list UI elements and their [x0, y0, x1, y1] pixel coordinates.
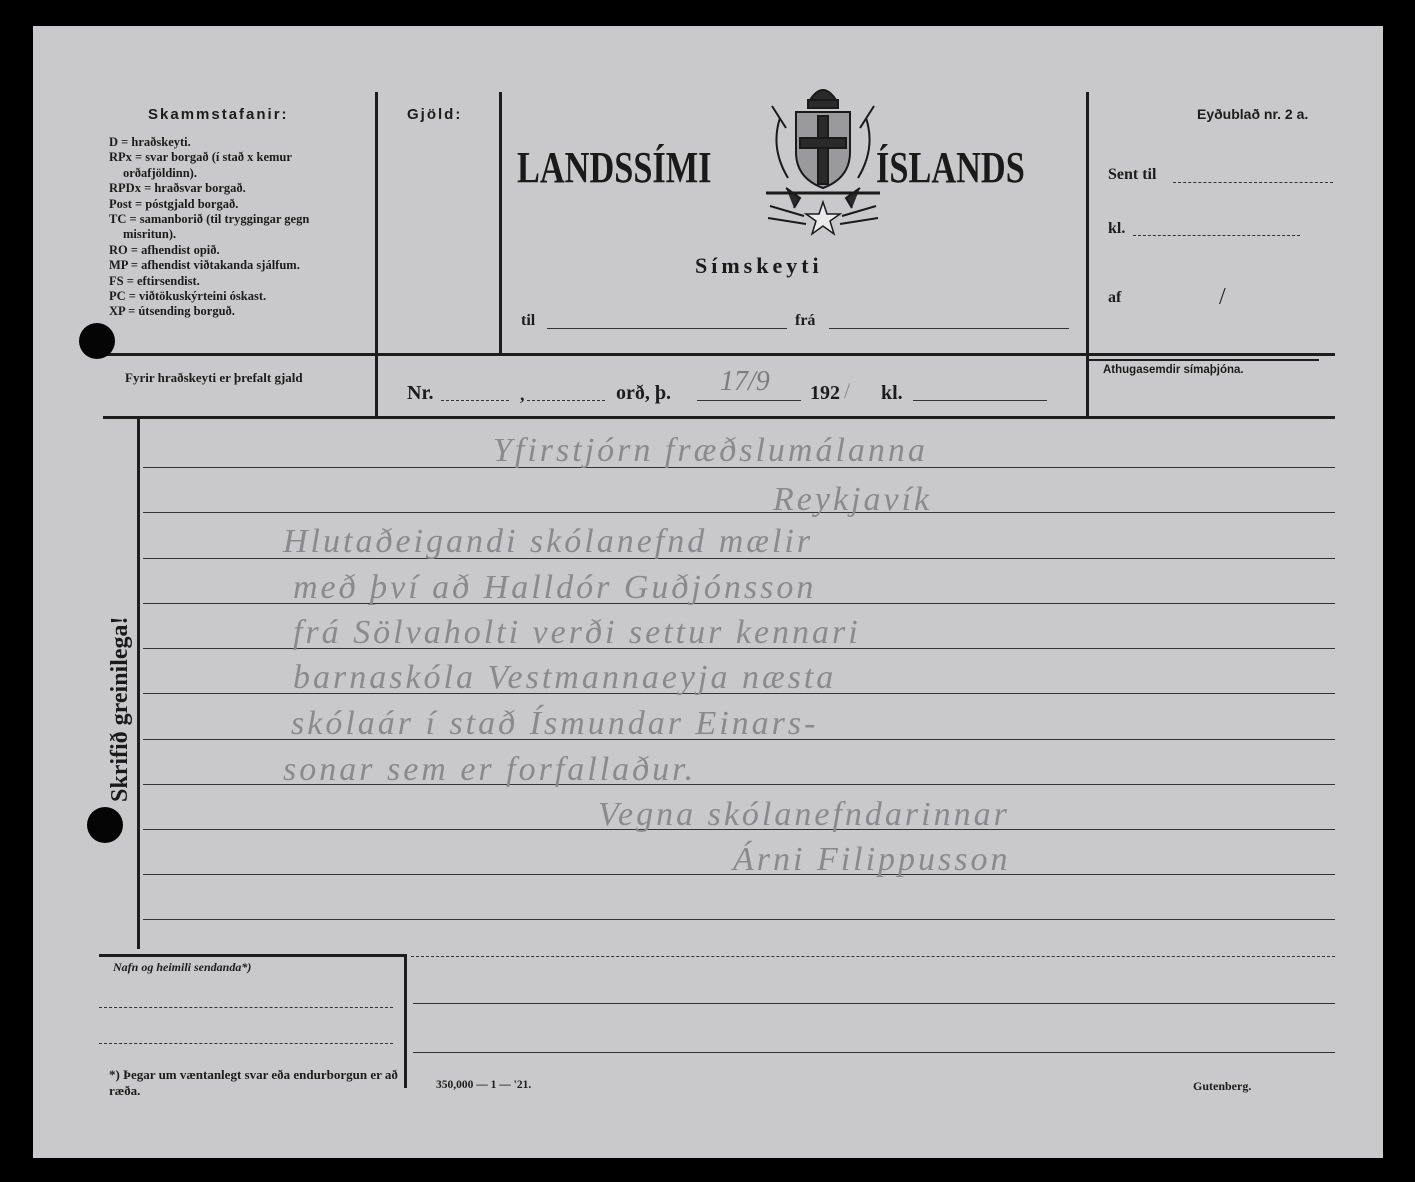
coat-of-arms-icon	[760, 78, 886, 238]
sent-to-field[interactable]	[1173, 182, 1333, 183]
from-field[interactable]	[829, 328, 1069, 329]
punch-hole	[87, 807, 123, 843]
sender-extra-line[interactable]	[413, 1052, 1335, 1053]
abbreviation-item: orðafjöldinn).	[109, 166, 379, 181]
message-line: Yfirstjórn fræðslumálanna	[493, 432, 928, 470]
abbreviations-list: D = hraðskeyti.RPx = svar borgað (í stað…	[109, 135, 379, 320]
divider	[137, 419, 140, 949]
telegram-form: Skammstafanir: D = hraðskeyti.RPx = svar…	[33, 26, 1383, 1158]
abbreviation-item: FS = eftirsendist.	[109, 274, 379, 289]
message-line: barnaskóla Vestmannaeyja næsta	[293, 659, 836, 697]
subtitle: Símskeyti	[695, 253, 823, 279]
separator	[103, 353, 1335, 356]
date-value: 17/9	[720, 366, 770, 398]
separator	[1086, 359, 1319, 361]
nr-field[interactable]	[441, 400, 509, 401]
message-line: Árni Filippusson	[733, 841, 1011, 879]
message-rule	[143, 512, 1335, 513]
by-value: /	[1219, 284, 1226, 311]
fees-label: Gjöld:	[407, 106, 462, 123]
message-line: Reykjavík	[773, 481, 932, 519]
abbreviation-item: D = hraðskeyti.	[109, 135, 379, 150]
time-label-header: kl.	[881, 382, 903, 405]
message-rule	[143, 919, 1335, 920]
punch-hole	[79, 323, 115, 359]
separator	[99, 954, 407, 957]
abbreviations-title: Skammstafanir:	[148, 106, 289, 123]
date-field[interactable]	[697, 400, 801, 401]
abbreviation-item: RO = afhendist opið.	[109, 243, 379, 258]
separator	[411, 956, 1335, 957]
write-clearly-label: Skrifið greinilega!	[107, 616, 134, 802]
abbreviation-item: PC = viðtökuskýrteini óskast.	[109, 289, 379, 304]
abbreviation-item: Post = póstgjald borgað.	[109, 197, 379, 212]
sender-extra-line[interactable]	[413, 1003, 1335, 1004]
comma: ,	[520, 384, 525, 405]
divider	[1086, 92, 1089, 416]
message-line: með því að Halldór Guðjónsson	[293, 569, 816, 607]
from-label: frá	[795, 312, 815, 330]
message-line: frá Sölvaholti verði settur kennari	[293, 614, 861, 652]
divider	[375, 356, 378, 416]
abbreviation-item: TC = samanborið (til tryggingar gegn	[109, 212, 379, 227]
abbreviation-item: XP = útsending borguð.	[109, 304, 379, 319]
message-line: sonar sem er forfallaður.	[283, 751, 696, 789]
by-label: af	[1108, 289, 1121, 307]
nr-label: Nr.	[407, 382, 433, 405]
sender-name-field[interactable]	[99, 1007, 393, 1008]
sender-label: Nafn og heimili sendanda*)	[113, 960, 251, 975]
to-label: til	[521, 312, 535, 330]
words-field[interactable]	[527, 400, 605, 401]
abbreviation-item: MP = afhendist viðtakanda sjálfum.	[109, 258, 379, 273]
print-info: 350,000 — 1 — '21.	[436, 1079, 531, 1091]
divider	[499, 92, 502, 354]
operator-notes-label: Athugasemdir símaþjóna.	[1103, 364, 1244, 376]
time-field[interactable]	[1133, 235, 1300, 236]
abbreviation-item: RPx = svar borgað (í stað x kemur	[109, 150, 379, 165]
divider	[404, 956, 407, 1088]
message-line: Hlutaðeigandi skólanefnd mælir	[283, 523, 813, 561]
year-suffix: /	[844, 378, 850, 404]
divider	[375, 92, 378, 354]
message-line: skólaár í stað Ísmundar Einars-	[291, 705, 818, 743]
year-prefix: 192	[810, 382, 840, 405]
to-field[interactable]	[547, 328, 787, 329]
title-right: ÍSLANDS	[876, 142, 1025, 193]
sent-to-label: Sent til	[1108, 166, 1156, 184]
time-field-header[interactable]	[913, 400, 1047, 401]
words-label: orð, þ.	[616, 382, 671, 405]
separator	[103, 416, 1335, 419]
time-label: kl.	[1108, 220, 1125, 238]
form-number: Eyðublað nr. 2 a.	[1197, 106, 1308, 122]
title-left: LANDSSÍMI	[517, 142, 712, 193]
abbreviation-item: RPDx = hraðsvar borgað.	[109, 181, 379, 196]
printer: Gutenberg.	[1193, 1079, 1251, 1094]
message-line: Vegna skólanefndarinnar	[598, 796, 1010, 834]
abbreviation-item: misritun).	[109, 227, 379, 242]
sender-address-field[interactable]	[99, 1043, 393, 1044]
express-note: Fyrir hraðskeyti er þrefalt gjald	[125, 370, 303, 386]
footnote: *) Þegar um væntanlegt svar eða endurbor…	[109, 1067, 399, 1099]
